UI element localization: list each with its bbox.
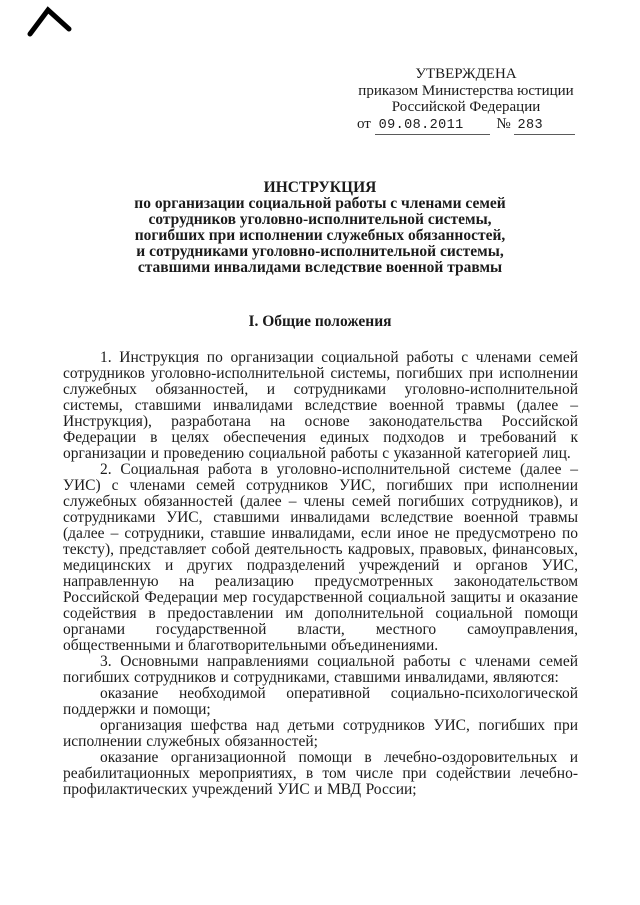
paragraph-3-item-1: оказание необходимой оперативной социаль… <box>63 686 578 718</box>
section-heading: I. Общие положения <box>0 314 640 330</box>
date-prefix: от <box>357 116 371 132</box>
title-line: сотрудников уголовно-исполнительной сист… <box>0 212 640 228</box>
approval-block: УТВЕРЖДЕНА приказом Министерства юстиции… <box>352 66 580 134</box>
approval-line-order: приказом Министерства юстиции <box>352 83 580 100</box>
paragraph-1: 1. Инструкция по организации социальной … <box>63 350 578 462</box>
paragraph-3-item-2: организация шефства над детьми сотрудник… <box>63 718 578 750</box>
approval-date-line: от 09.08.2011 № 283 <box>352 116 580 135</box>
scan-artifact-mark <box>27 6 77 38</box>
number-sign: № <box>496 116 510 132</box>
document-title: ИНСТРУКЦИЯ по организации социальной раб… <box>0 180 640 276</box>
approval-line-approved: УТВЕРЖДЕНА <box>352 66 580 83</box>
title-line: погибших при исполнении служебных обязан… <box>0 228 640 244</box>
order-number-value: 283 <box>514 118 575 135</box>
title-line: ставшими инвалидами вследствие военной т… <box>0 260 640 276</box>
paragraph-3-item-3: оказание организационной помощи в лечебн… <box>63 750 578 798</box>
order-date-value: 09.08.2011 <box>375 118 490 135</box>
paragraph-3: 3. Основными направлениями социальной ра… <box>63 654 578 686</box>
title-heading: ИНСТРУКЦИЯ <box>0 180 640 196</box>
document-body: 1. Инструкция по организации социальной … <box>0 350 640 798</box>
title-line: и сотрудниками уголовно-исполнительной с… <box>0 244 640 260</box>
approval-line-rf: Российской Федерации <box>352 99 580 116</box>
paragraph-2: 2. Социальная работа в уголовно-исполнит… <box>63 462 578 654</box>
title-line: по организации социальной работы с члена… <box>0 196 640 212</box>
